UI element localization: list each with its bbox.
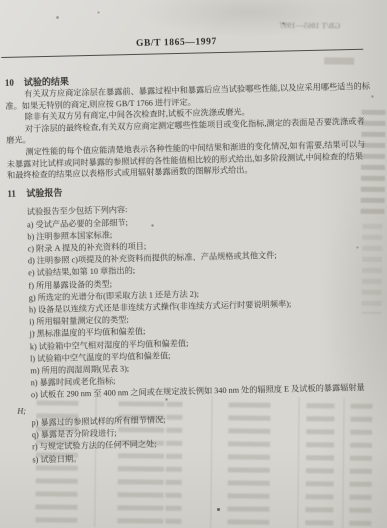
section-11-heading: 11试验报告 <box>4 180 387 201</box>
header-rule <box>1 49 363 59</box>
scan-speckles <box>0 0 1 1</box>
section-number: 11 <box>7 188 26 200</box>
document-content: GB/T 1865—1997 10试验的结果有关双方应商定涂层在暴露前、暴露过程… <box>0 0 387 528</box>
page-header-standard-code: GB/T 1865—1997 <box>136 37 217 49</box>
scanned-document-page: { "page": { "header_code": "GB/T 1865—19… <box>0 0 387 528</box>
section-title: 试验报告 <box>26 187 62 198</box>
section-number: 10 <box>5 77 24 89</box>
document-lines: 10试验的结果有关双方应商定涂层在暴露前、暴露过程中和暴露后应当试验哪些性能,以… <box>2 62 387 467</box>
section-title: 试验的结果 <box>24 76 69 87</box>
